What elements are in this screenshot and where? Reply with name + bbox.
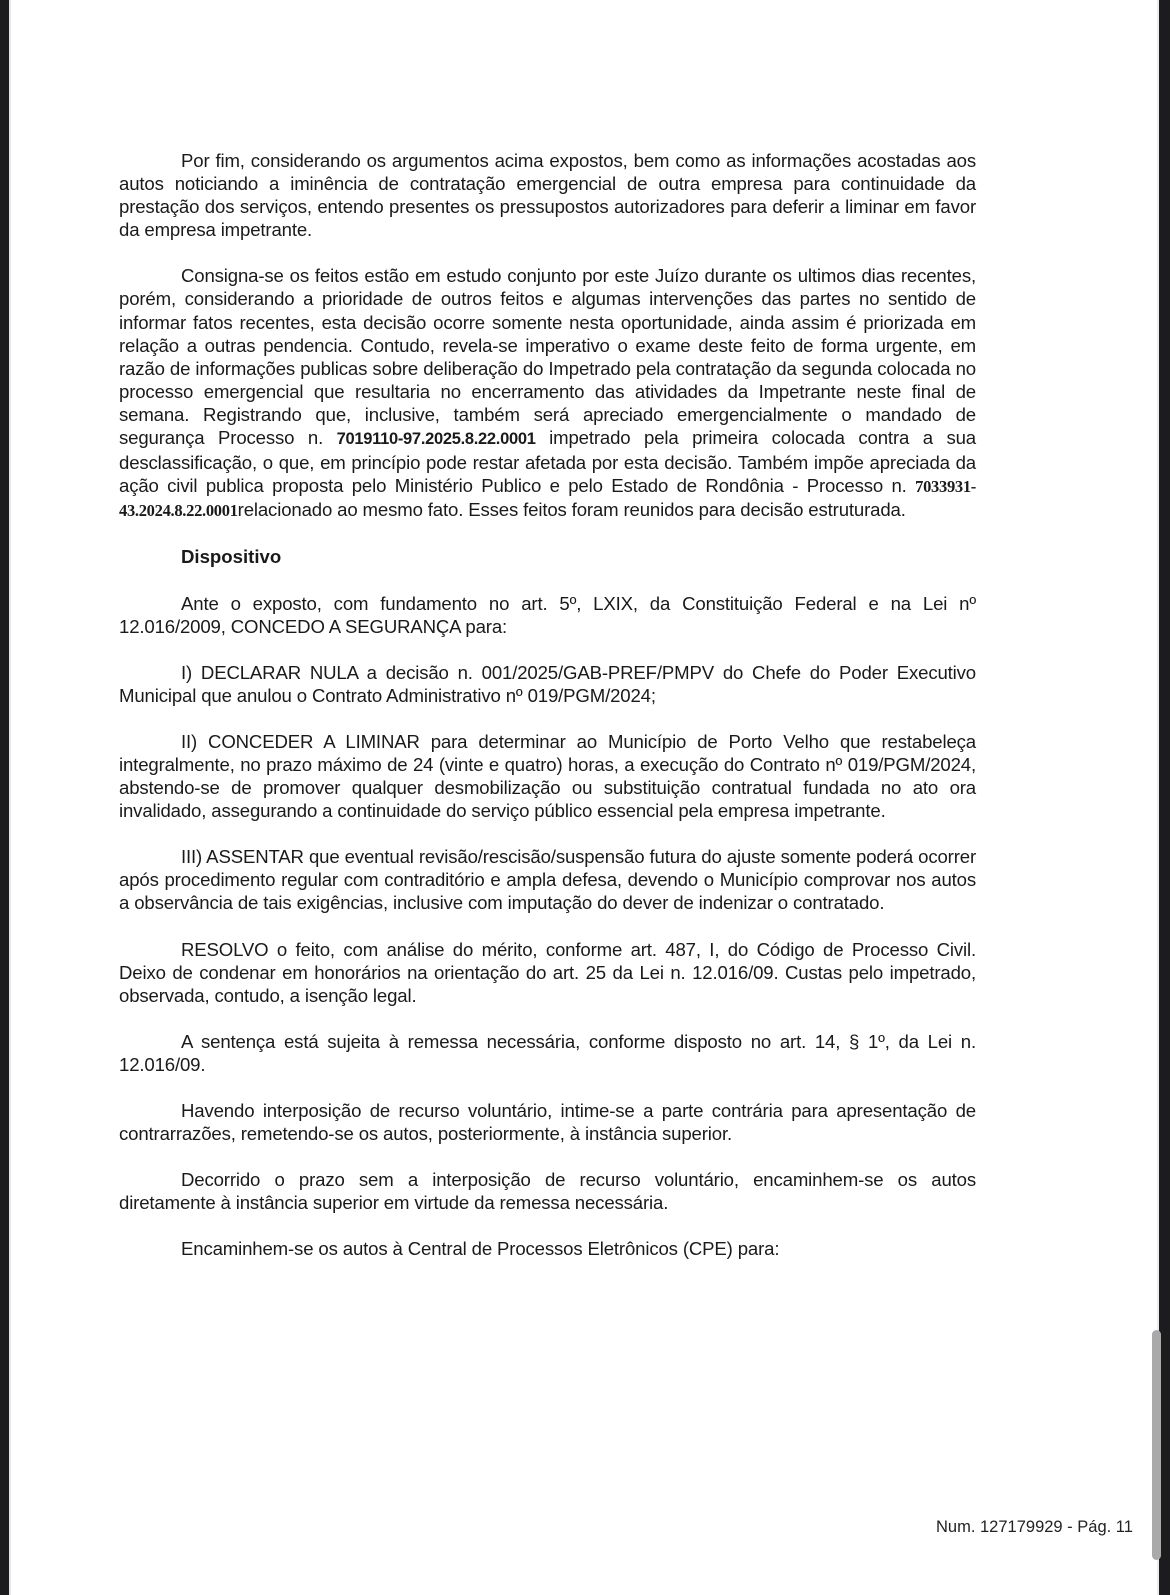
process-number: 7019110-97.2025.8.22.0001 [337,430,536,448]
page-footer-number: Num. 127179929 - Pág. 11 [936,1518,1133,1537]
paragraph-remessa: A sentença está sujeita à remessa necess… [119,1030,976,1076]
paragraph-recurso: Havendo interposição de recurso voluntár… [119,1099,976,1145]
paragraph-item-ii: II) CONCEDER A LIMINAR para determinar a… [119,730,976,822]
paragraph-ante-exposto: Ante o exposto, com fundamento no art. 5… [119,592,976,638]
paragraph-item-iii: III) ASSENTAR que eventual revisão/resci… [119,845,976,914]
vertical-scrollbar-thumb[interactable] [1152,1330,1161,1560]
paragraph-item-i: I) DECLARAR NULA a decisão n. 001/2025/G… [119,661,976,707]
paragraph-encaminhem: Encaminhem-se os autos à Central de Proc… [119,1237,976,1260]
paragraph-text: Consigna-se os feitos estão em estudo co… [119,265,976,448]
document-page: Por fim, considerando os argumentos acim… [9,0,1159,1595]
paragraph-text: relacionado ao mesmo fato. Esses feitos … [238,499,906,520]
paragraph-consigna: Consigna-se os feitos estão em estudo co… [119,264,976,522]
paragraph-conclusion: Por fim, considerando os argumentos acim… [119,149,976,241]
document-viewer: Por fim, considerando os argumentos acim… [0,0,1170,1595]
paragraph-resolvo: RESOLVO o feito, com análise do mérito, … [119,938,976,1007]
section-heading-dispositivo: Dispositivo [119,545,976,568]
viewer-edge [1162,0,1170,1595]
paragraph-decorrido: Decorrido o prazo sem a interposição de … [119,1168,976,1214]
page-content: Por fim, considerando os argumentos acim… [119,149,976,1283]
